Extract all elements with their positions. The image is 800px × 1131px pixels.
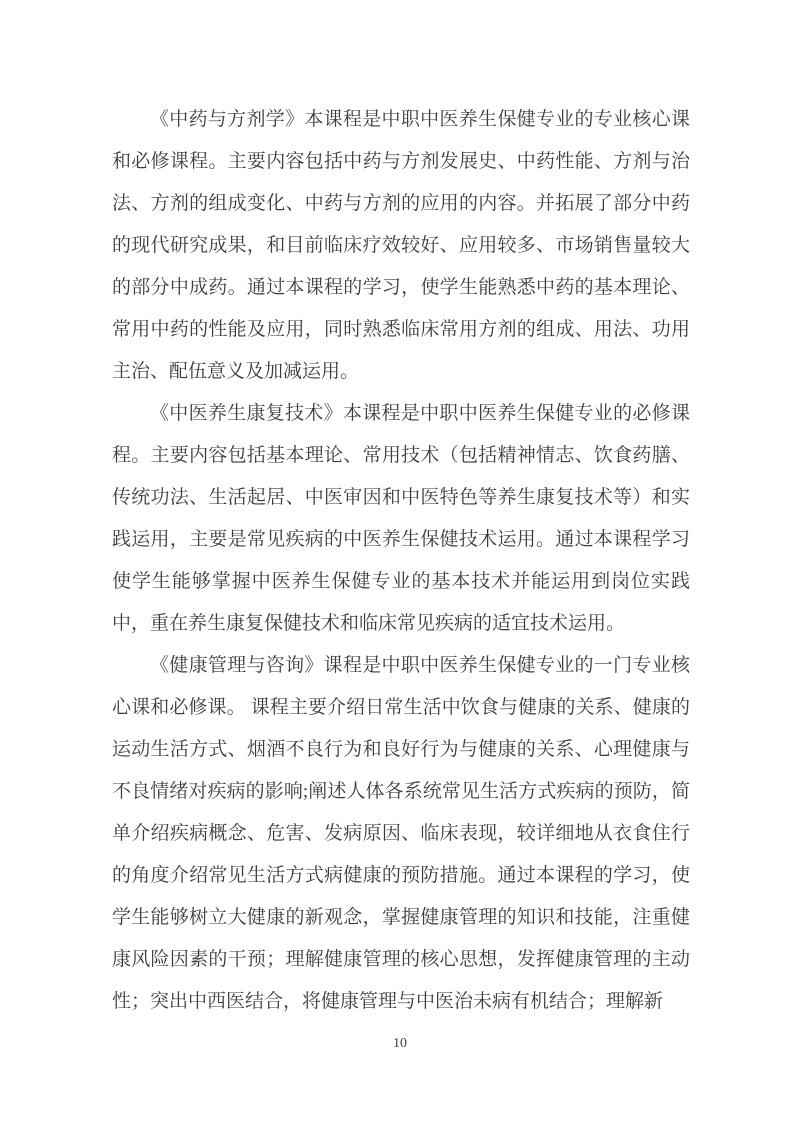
paragraph-zhongyi-yangsheng-kangfu: 《中医养生康复技术》本课程是中职中医养生保健专业的必修课程。主要内容包括基本理论… [112,393,690,645]
page-number: 10 [0,1036,800,1052]
text-content: 《中药与方剂学》本课程是中职中医养生保健专业的专业核心课和必修课程。主要内容包括… [112,99,690,1023]
paragraph-zhongyao-fangjixue: 《中药与方剂学》本课程是中职中医养生保健专业的专业核心课和必修课程。主要内容包括… [112,99,690,393]
document-page: 《中药与方剂学》本课程是中职中医养生保健专业的专业核心课和必修课程。主要内容包括… [0,0,800,1131]
paragraph-jiankang-guanli-zixun: 《健康管理与咨询》课程是中职中医养生保健专业的一门专业核心课和必修课。 课程主要… [112,645,690,1023]
